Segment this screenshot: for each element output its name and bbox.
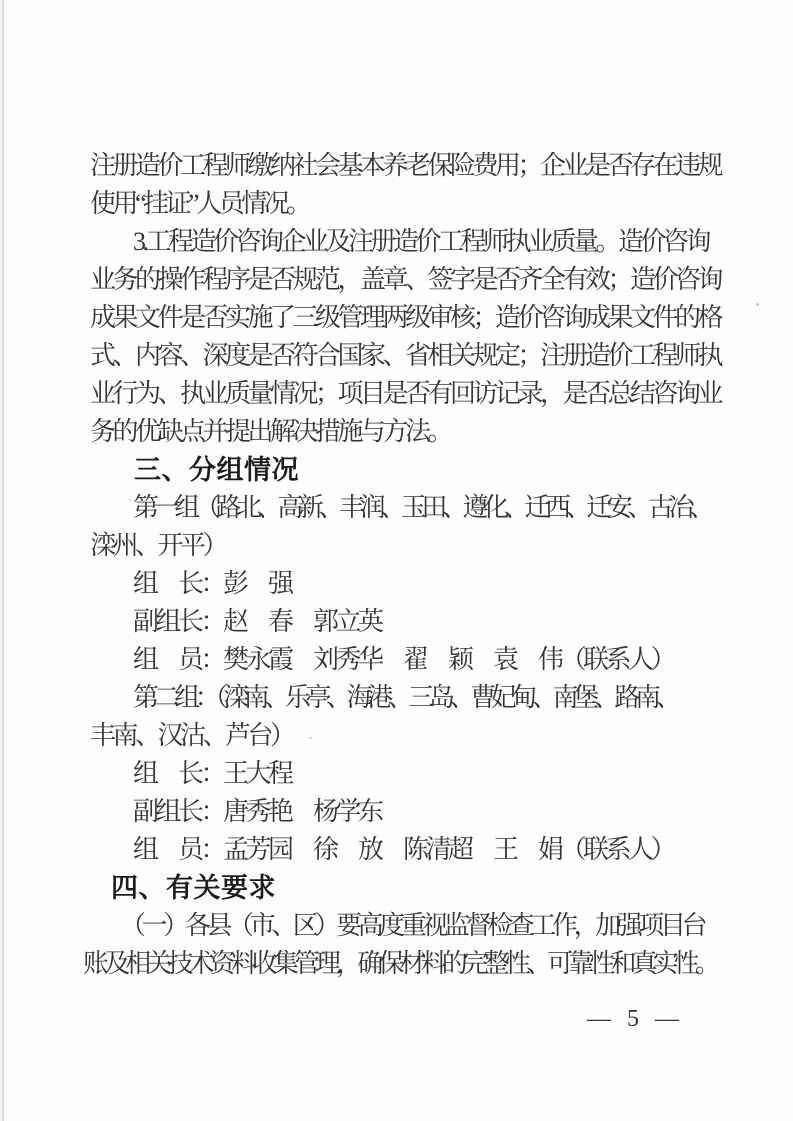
group-two-regions-line: 丰南、汉沽、芦台） xyxy=(90,717,708,755)
doc-line: 式、内容、深度是否符合国家、省相关规定；注册造价工程师执 xyxy=(90,337,708,375)
doc-line: 业行为、执业质量情况；项目是否有回访记录，是否总结咨询业 xyxy=(90,375,708,413)
group-one-deputy-line: 副组长：赵 春 郭立英 xyxy=(90,603,708,641)
group-one-members-line: 组 员：樊永霞 刘秀华 翟 颖 袁 伟（联系人） xyxy=(90,641,708,679)
doc-line: 务的优缺点并提出解决措施与方法。 xyxy=(90,413,708,451)
doc-line: 使用“挂证”人员情况。 xyxy=(90,185,708,223)
group-two-leader-line: 组 长：王大程 xyxy=(90,755,708,793)
section-heading-grouping: 三、分组情况 xyxy=(90,451,708,489)
document-body: 注册造价工程师缴纳社会基本养老保险费用；企业是否存在违规 使用“挂证”人员情况。… xyxy=(90,147,708,983)
page-number: — 5 — xyxy=(587,1004,680,1034)
group-two-regions-line: 第二组：（滦南、乐亭、海港、三岛、曹妃甸、南堡、路南、 xyxy=(90,679,708,717)
group-one-leader-line: 组 长：彭 强 xyxy=(90,565,708,603)
group-two-deputy-line: 副组长：唐秀艳 杨学东 xyxy=(90,793,708,831)
doc-line-paragraph-start: （一）各县（市、区）要高度重视监督检查工作，加强项目台 xyxy=(90,907,708,945)
doc-line: 成果文件是否实施了三级管理两级审核；造价咨询成果文件的格 xyxy=(90,299,708,337)
doc-line: 业务的操作程序是否规范，盖章、签字是否齐全有效；造价咨询 xyxy=(90,261,708,299)
section-heading-requirements: 四、有关要求 xyxy=(90,869,708,907)
group-one-regions-line: 第一组（路北、高新、丰润、玉田、遵化、迁西、迁安、古冶、 xyxy=(90,489,708,527)
scan-speck xyxy=(756,303,759,306)
doc-line: 账及相关技术资料收集管理，确保材料的完整性、可靠性和真实性。 xyxy=(83,945,708,983)
doc-line: 注册造价工程师缴纳社会基本养老保险费用；企业是否存在违规 xyxy=(90,147,708,185)
group-two-members-line: 组 员：孟芳园 徐 放 陈清超 王 娟（联系人） xyxy=(90,831,708,869)
scanned-document-page: 注册造价工程师缴纳社会基本养老保险费用；企业是否存在违规 使用“挂证”人员情况。… xyxy=(0,0,793,1121)
doc-line-paragraph-start: 3.工程造价咨询企业及注册造价工程师执业质量。造价咨询 xyxy=(90,223,708,261)
scan-edge-line xyxy=(2,0,4,1121)
group-one-regions-line: 滦州、开平） xyxy=(90,527,708,565)
